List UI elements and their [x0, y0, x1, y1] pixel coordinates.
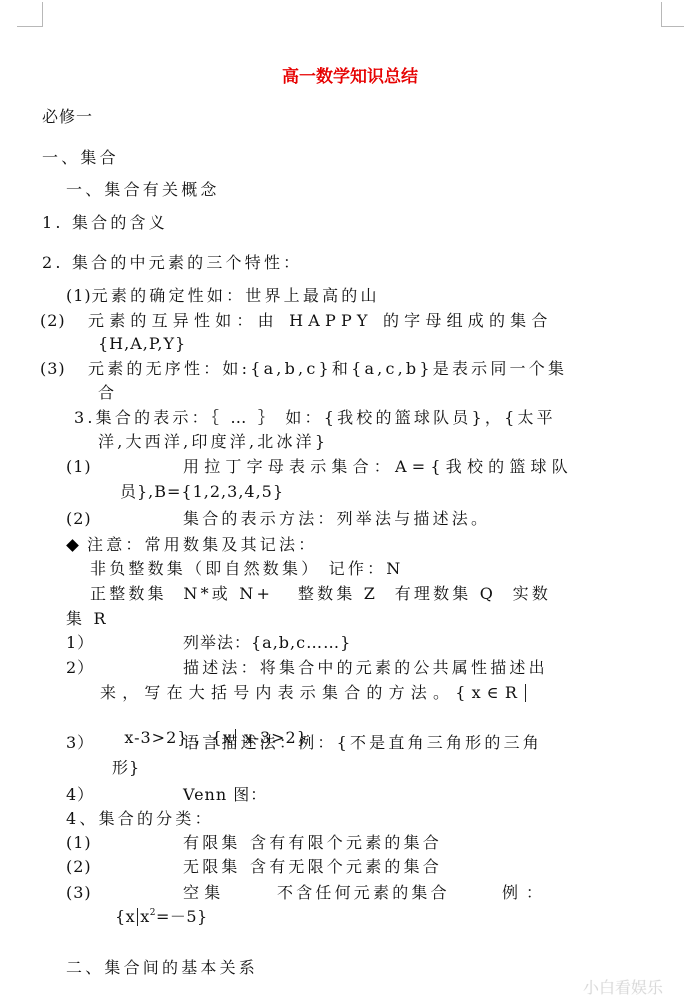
class-1-name: 有限集: [183, 833, 241, 853]
section-heading-relations: 二、集合间的基本关系: [66, 958, 258, 978]
representation-2-num: (2): [66, 509, 92, 529]
item-representation-cont: 洋,大西洋,印度洋,北冰洋}: [98, 432, 328, 452]
item-three-properties: 2. 集合的中元素的三个特性：: [42, 253, 302, 273]
method-3-cont: 形}: [112, 758, 140, 778]
empty-set-example: {xx2=－5}: [115, 907, 208, 927]
method-4-text: Venn 图：: [183, 785, 267, 805]
class-3-example-label: 例：: [502, 883, 550, 903]
document-title: 高一数学知识总结: [0, 66, 684, 88]
note-line-natural: 非负整数集（即自然数集） 记作：N: [90, 559, 404, 579]
method-2-num: 2）: [66, 658, 94, 678]
empty-set-var: x: [140, 907, 150, 926]
method-3-text: 语言描述法：例：{不是直角三角形的三角: [183, 733, 542, 753]
module-label: 必修一: [42, 107, 93, 127]
class-3-desc: 不含任何元素的集合: [277, 883, 450, 903]
note-line-sets: 正整数集 N*或 N+ 整数集 Z 有理数集 Q 实数: [90, 584, 551, 604]
property-2-text: 元素的互异性如：由 HAPPY 的字母组成的集合: [88, 311, 553, 331]
chapter-heading: 一、集合: [42, 148, 119, 168]
crop-mark-top-right-vertical: [661, 2, 662, 26]
watermark: 小白看娱乐: [583, 975, 663, 998]
representation-2-text: 集合的表示方法：列举法与描述法。: [183, 509, 490, 529]
representation-1-num: (1): [66, 457, 92, 477]
class-2-num: (2): [66, 857, 92, 877]
property-2-cont: {H,A,P,Y}: [98, 334, 186, 354]
method-2-text: 描述法：将集合中的元素的公共属性描述出: [183, 658, 548, 678]
class-3-name: 空集: [183, 883, 225, 903]
crop-mark-top-right-horizontal: [661, 26, 684, 27]
method-4-num: 4）: [66, 785, 94, 805]
class-2-desc: 含有无限个元素的集合: [250, 857, 442, 877]
item-meaning: 1. 集合的含义: [42, 213, 168, 233]
crop-mark-top-left-horizontal: [17, 26, 43, 27]
empty-set-open: {x: [115, 907, 135, 926]
method-2-cont-1: 来，写在大括号内表示集合的方法。{x∈R: [100, 683, 528, 703]
property-2-num: (2): [40, 311, 66, 331]
note-line-sets-cont: 集 R: [66, 609, 109, 629]
class-1-desc: 含有有限个元素的集合: [250, 833, 442, 853]
property-1-num: (1): [66, 286, 92, 305]
class-1-num: (1): [66, 833, 92, 853]
property-3-num: (3): [40, 359, 66, 379]
note-heading: 注意：常用数集及其记法：: [66, 535, 317, 555]
item-representation: 3.集合的表示：｛ … ｝ 如：{我校的篮球队员}，{太平: [74, 408, 556, 428]
method-2-cont-1-text: 来，写在大括号内表示集合的方法。{x∈R: [100, 683, 523, 702]
method-1-text: 列举法：{a,b,c……}: [183, 633, 351, 653]
method-1-num: 1）: [66, 633, 94, 653]
diamond-bullet-icon: [66, 539, 79, 552]
set-builder-bar: [525, 684, 526, 702]
property-1-text: 元素的确定性如：世界上最高的山: [92, 286, 380, 305]
note-title: 注意：常用数集及其记法：: [87, 535, 317, 554]
property-1: (1)元素的确定性如：世界上最高的山: [66, 286, 380, 306]
property-3-cont: 合: [98, 383, 115, 403]
representation-1-cont: 员},B={1,2,3,4,5}: [120, 482, 284, 502]
crop-mark-top-left-vertical: [42, 2, 43, 26]
item-classification: 4、集合的分类：: [66, 809, 214, 829]
class-3-num: (3): [66, 883, 92, 903]
property-3-text: 元素的无序性：如:{a,b,c}和{a,c,b}是表示同一个集: [88, 359, 567, 379]
class-2-name: 无限集: [183, 857, 241, 877]
document-page: 高一数学知识总结 必修一 一、集合 一、集合有关概念 1. 集合的含义 2. 集…: [0, 0, 684, 1002]
method-3-num: 3）: [66, 733, 94, 753]
section-heading-concepts: 一、集合有关概念: [66, 180, 220, 200]
empty-set-rest: =－5}: [156, 907, 208, 926]
set-builder-bar: [137, 908, 138, 926]
representation-1-text: 用拉丁字母表示集合：A={我校的篮球队: [183, 457, 573, 477]
